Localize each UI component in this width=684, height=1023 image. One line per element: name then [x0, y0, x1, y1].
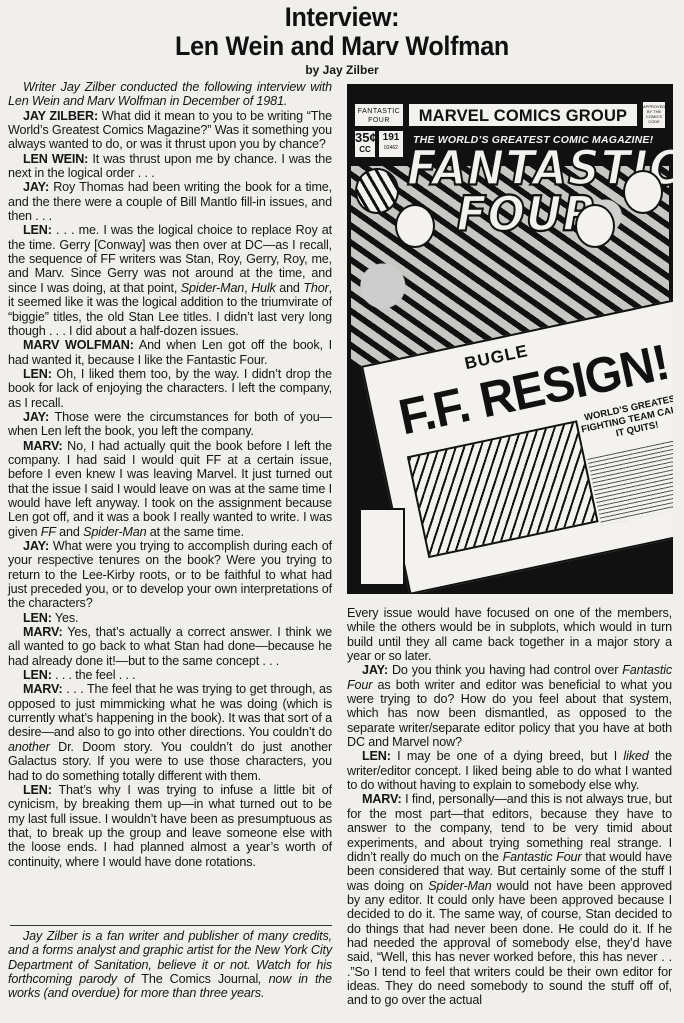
qa-paragraph: JAY ZILBER: What did it mean to you to b…: [8, 109, 332, 152]
speaker-label: JAY:: [23, 539, 49, 553]
qa-paragraph: LEN: I may be one of a dying breed, but …: [347, 749, 672, 792]
qa-paragraph: JAY: What were you trying to accomplish …: [8, 539, 332, 611]
qa-paragraph: MARV WOLFMAN: And when Len got off the b…: [8, 338, 332, 367]
article-title-line2: Len Wein and Marv Wolfman: [24, 29, 660, 63]
qa-paragraph: LEN: That’s why I was trying to infuse a…: [8, 783, 332, 869]
cover-issue-box: 19102462: [377, 129, 405, 159]
speaker-label: LEN:: [23, 611, 52, 625]
left-column: Writer Jay Zilber conducted the followin…: [8, 80, 332, 869]
qa-paragraph: JAY: Those were the circumstances for bo…: [8, 410, 332, 439]
intro-paragraph: Writer Jay Zilber conducted the followin…: [8, 80, 332, 109]
qa-paragraph: LEN WEIN: It was thrust upon me by chanc…: [8, 152, 332, 181]
cover-publisher-banner: MARVEL COMICS GROUP: [407, 102, 639, 128]
thing-head-icon: [355, 168, 399, 214]
upc-box: [359, 508, 405, 586]
speaker-label: LEN:: [23, 223, 52, 237]
speaker-label: LEN:: [23, 783, 52, 797]
qa-paragraph: MARV: . . . The feel that he was trying …: [8, 682, 332, 782]
speaker-label: MARV WOLFMAN:: [23, 338, 134, 352]
speaker-label: LEN:: [23, 367, 52, 381]
qa-paragraph: MARV: I find, personally—and this is not…: [347, 792, 672, 1007]
author-bio: Jay Zilber is a fan writer and publisher…: [8, 929, 332, 1001]
qa-paragraph: JAY: Do you think you having had control…: [347, 663, 672, 749]
qa-paragraph: LEN: Oh, I liked them too, by the way. I…: [8, 367, 332, 410]
qa-paragraph: LEN: Yes.: [8, 611, 332, 625]
qa-paragraph: MARV: Yes, that’s actually a correct ans…: [8, 625, 332, 668]
bio-divider: [10, 925, 332, 926]
speaker-label: JAY:: [362, 663, 388, 677]
cover-price-box: 35¢CC: [353, 129, 377, 159]
speaker-label: LEN WEIN:: [23, 152, 88, 166]
continuation-paragraph: Every issue would have focused on one of…: [347, 606, 672, 663]
speaker-label: JAY ZILBER:: [23, 109, 98, 123]
fantastic-four-cover-image: FANTASTIC FOUR MARVEL COMICS GROUP APPRO…: [347, 84, 673, 594]
speaker-label: LEN:: [362, 749, 391, 763]
mr-fantastic-face-icon: [623, 170, 663, 214]
speaker-label: MARV:: [23, 625, 63, 639]
cover-series-box: FANTASTIC FOUR: [353, 102, 405, 128]
speaker-label: MARV:: [23, 682, 63, 696]
speaker-label: JAY:: [23, 180, 49, 194]
invisible-girl-face-icon: [575, 204, 615, 248]
qa-paragraph: LEN: . . . me. I was the logical choice …: [8, 223, 332, 338]
qa-paragraph: LEN: . . . the feel . . .: [8, 668, 332, 682]
newspaper-text-block: [587, 434, 673, 525]
speaker-label: JAY:: [23, 410, 49, 424]
speaker-label: MARV:: [23, 439, 63, 453]
qa-paragraph: MARV: No, I had actually quit the book b…: [8, 439, 332, 539]
speaker-label: LEN:: [23, 668, 52, 682]
right-column: Every issue would have focused on one of…: [347, 606, 672, 1008]
comics-code-icon: CC: [355, 145, 375, 155]
byline: by Jay Zilber: [0, 63, 684, 78]
qa-paragraph: JAY: Roy Thomas had been writing the boo…: [8, 180, 332, 223]
comics-code-seal-icon: APPROVED BY THE COMICS CODE: [641, 100, 667, 130]
newspaper-photo: [407, 420, 599, 558]
speaker-label: MARV:: [362, 792, 402, 806]
human-torch-face-icon: [395, 204, 435, 248]
